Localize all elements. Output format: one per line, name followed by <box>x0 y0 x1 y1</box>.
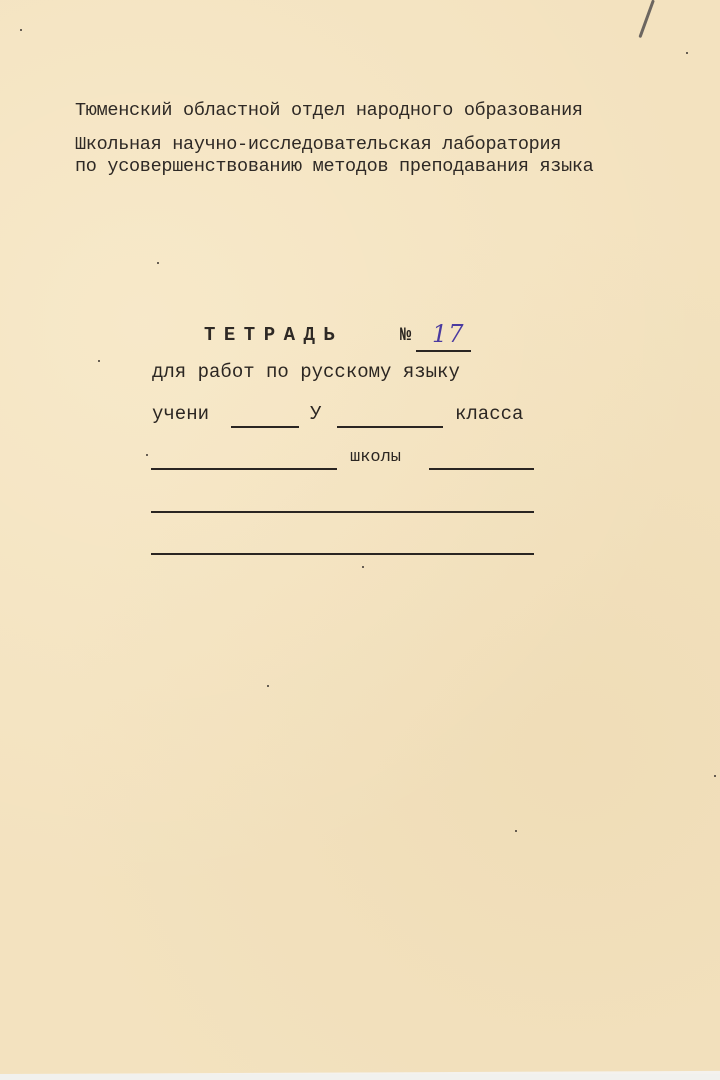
school-label: школы <box>350 448 401 467</box>
number-sign: № <box>400 324 411 346</box>
student-label: учени <box>152 403 209 425</box>
scan-margin <box>0 1074 720 1080</box>
blank-field-line-1 <box>151 511 534 513</box>
cover-subtitle: для работ по русскому языку <box>152 361 460 383</box>
paper-speck <box>515 830 517 832</box>
paper-speck <box>362 566 364 568</box>
student-name-field-line <box>231 426 299 428</box>
paper-speck <box>157 262 159 264</box>
class-field-line <box>337 426 443 428</box>
paper-speck <box>20 29 22 31</box>
cover-title: ТЕТРАДЬ <box>204 324 343 346</box>
paper-speck <box>98 360 100 362</box>
header-department: Тюменский областной отдел народного обра… <box>75 100 583 121</box>
header-laboratory: Школьная научно-исследовательская лабора… <box>75 134 561 155</box>
paper-speck <box>686 52 688 54</box>
school-number-field-line <box>151 468 337 470</box>
paper-speck <box>267 685 269 687</box>
paper-speck <box>146 454 148 456</box>
header-laboratory-purpose: по усовершенствованию методов преподаван… <box>75 156 594 177</box>
number-field-line <box>416 350 471 352</box>
class-label: класса <box>455 403 523 425</box>
school-name-field-line <box>429 468 534 470</box>
grade-value: У <box>310 403 321 425</box>
blank-field-line-2 <box>151 553 534 555</box>
notebook-number-handwritten: 17 <box>432 320 465 348</box>
paper-speck <box>714 775 716 777</box>
